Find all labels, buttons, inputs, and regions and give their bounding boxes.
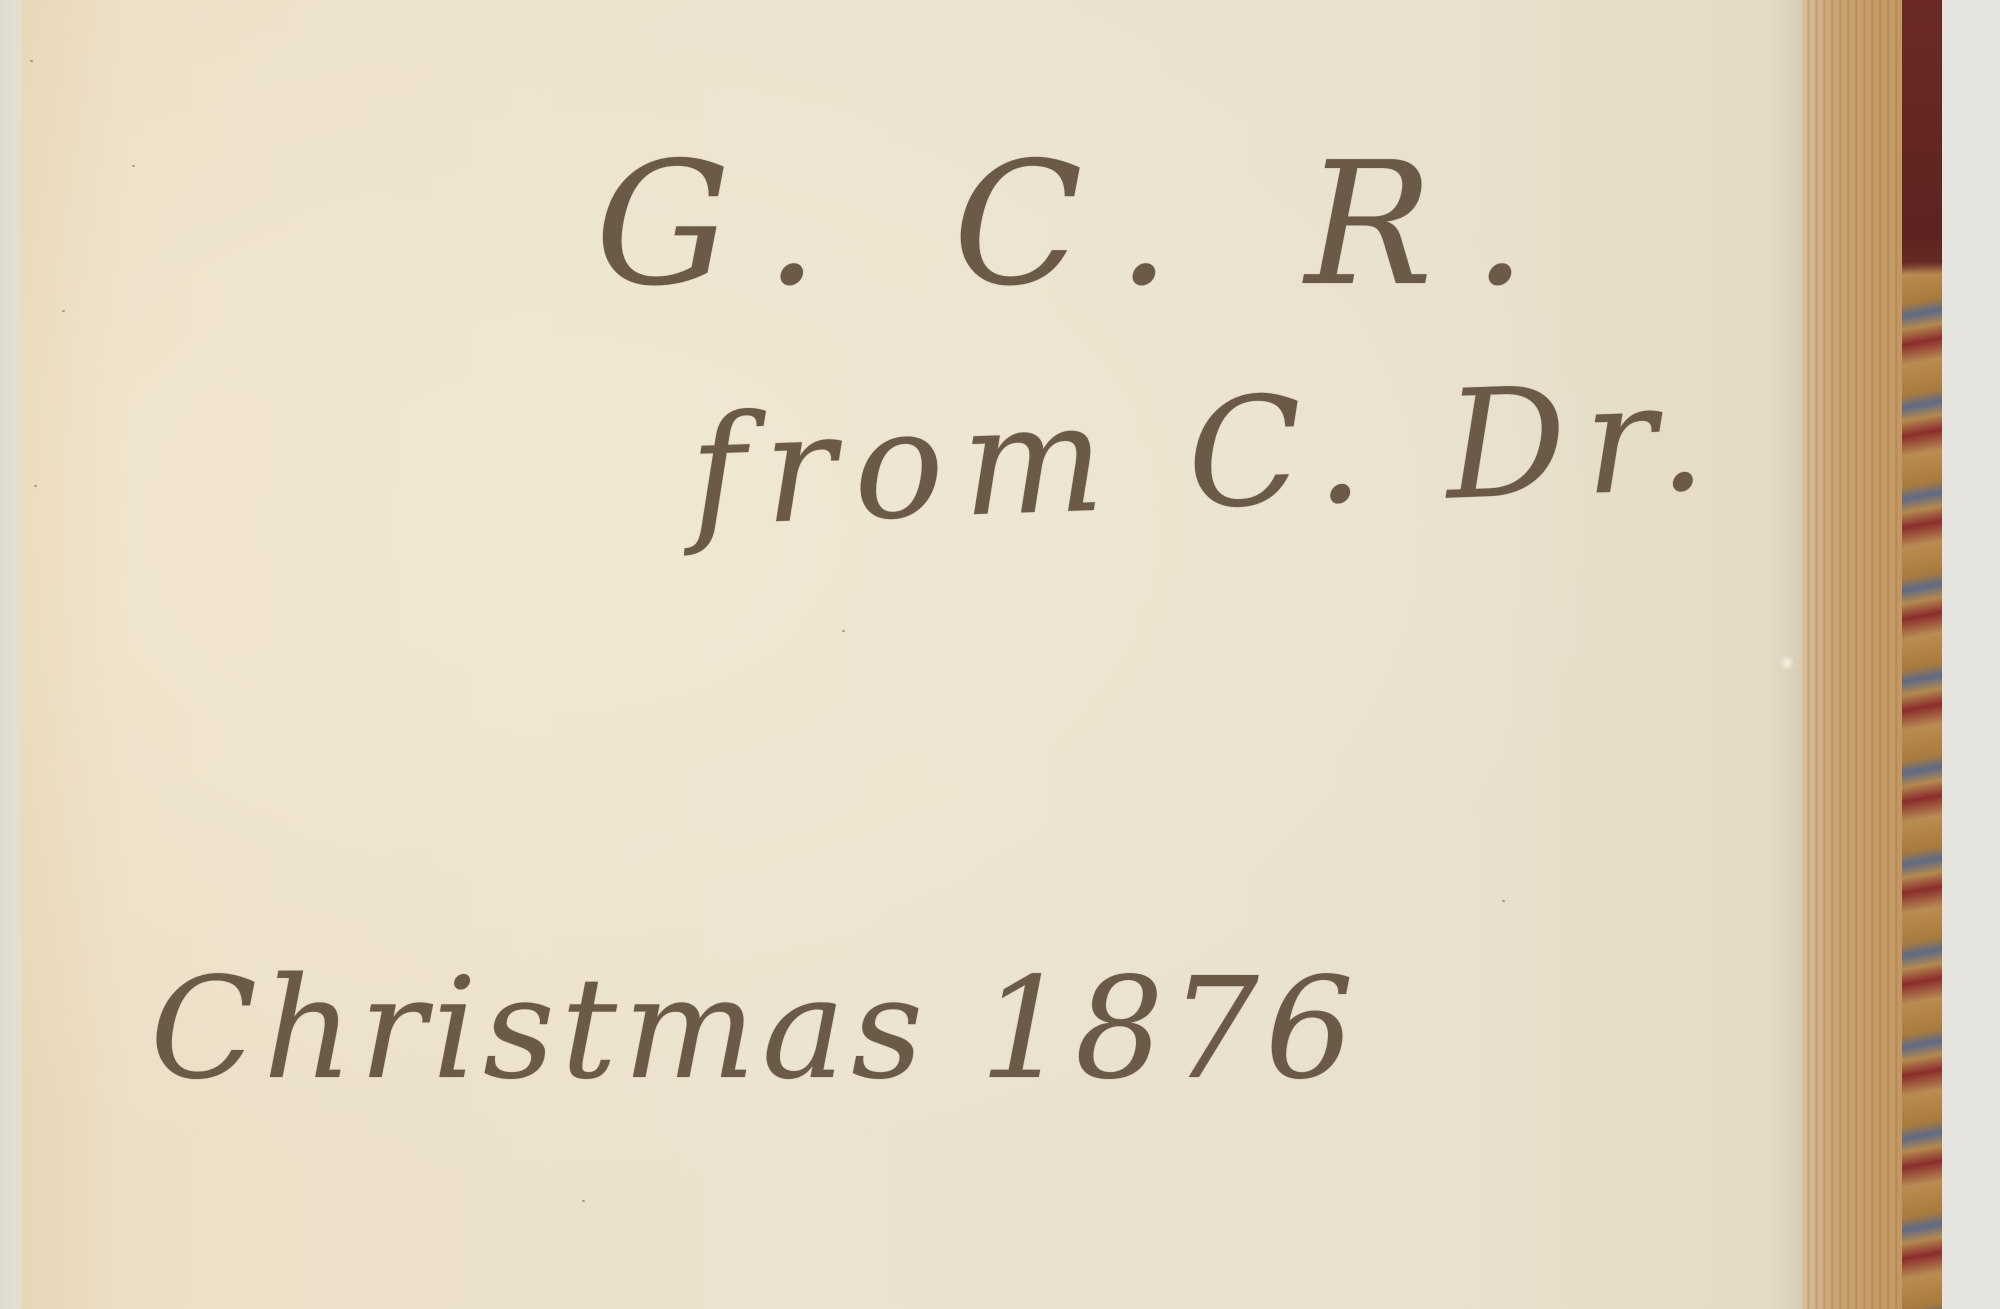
book-board-edge <box>1902 0 1942 1309</box>
paper-speck <box>582 1200 585 1202</box>
adjacent-page-edge <box>0 0 24 1309</box>
paper-speck <box>34 485 37 487</box>
inscription-date: Christmas 1876 <box>150 960 1360 1100</box>
inscription-from-line: from C. Dr. <box>688 362 1726 548</box>
paper-speck <box>1502 900 1505 902</box>
background <box>1942 0 2000 1309</box>
paper-speck <box>30 60 33 62</box>
paper-speck <box>62 310 65 312</box>
paper-speck <box>842 630 845 632</box>
paper-speck <box>132 165 135 167</box>
inscription-initials: G. C. R. <box>595 140 1567 310</box>
gilt-page-edges <box>1802 0 1902 1309</box>
paper-blemish <box>1779 655 1795 671</box>
